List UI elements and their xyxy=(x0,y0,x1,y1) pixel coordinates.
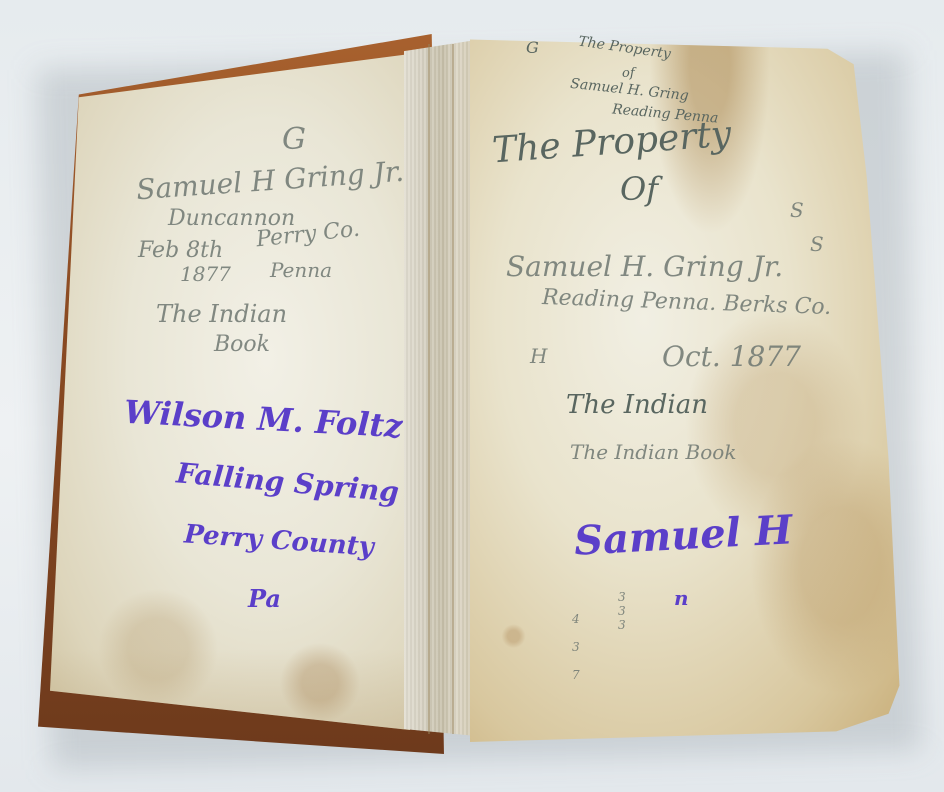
arith-digit: 3 xyxy=(618,590,626,604)
main-owner-name: Samuel H. Gring Jr. xyxy=(506,250,783,283)
main-initial-h: H xyxy=(530,344,547,368)
margin-mark-2: S xyxy=(810,232,824,256)
photo-scene: G Samuel H Gring Jr. Duncannon Perry Co.… xyxy=(0,0,944,792)
pencil-date: Feb 8th xyxy=(138,238,223,263)
arith-digit: 4 xyxy=(572,612,580,626)
arith-digit: 7 xyxy=(572,668,580,682)
margin-mark-1: S xyxy=(790,198,804,222)
pencil-state: Penna xyxy=(270,258,332,282)
pencil-title-line2: Book xyxy=(214,332,270,357)
arith-digit: 3 xyxy=(618,604,626,618)
main-date: Oct. 1877 xyxy=(662,340,801,373)
main-title-line2: The Indian Book xyxy=(570,440,736,464)
arith-digit: 3 xyxy=(572,640,580,654)
spine-hinge-cloth xyxy=(404,40,476,736)
main-title-line1: The Indian xyxy=(566,390,708,420)
pencil-title-line1: The Indian xyxy=(156,300,287,328)
small-heading-line2: of xyxy=(622,66,635,81)
arithmetic-col1: 4 3 7 xyxy=(572,598,580,682)
arithmetic-col2: 3 3 3 xyxy=(618,590,626,632)
small-initial: G xyxy=(526,38,539,57)
violet-mark: n xyxy=(674,586,689,610)
hinge-crease xyxy=(428,44,430,734)
pencil-initial: G xyxy=(282,122,306,157)
pencil-year: 1877 xyxy=(180,262,231,286)
violet-state: Pa xyxy=(248,584,281,613)
hinge-crease xyxy=(452,44,454,734)
inside-front-cover-pastedown xyxy=(50,54,410,730)
arith-digit: 3 xyxy=(618,618,626,632)
main-property-line2: Of xyxy=(620,170,658,208)
